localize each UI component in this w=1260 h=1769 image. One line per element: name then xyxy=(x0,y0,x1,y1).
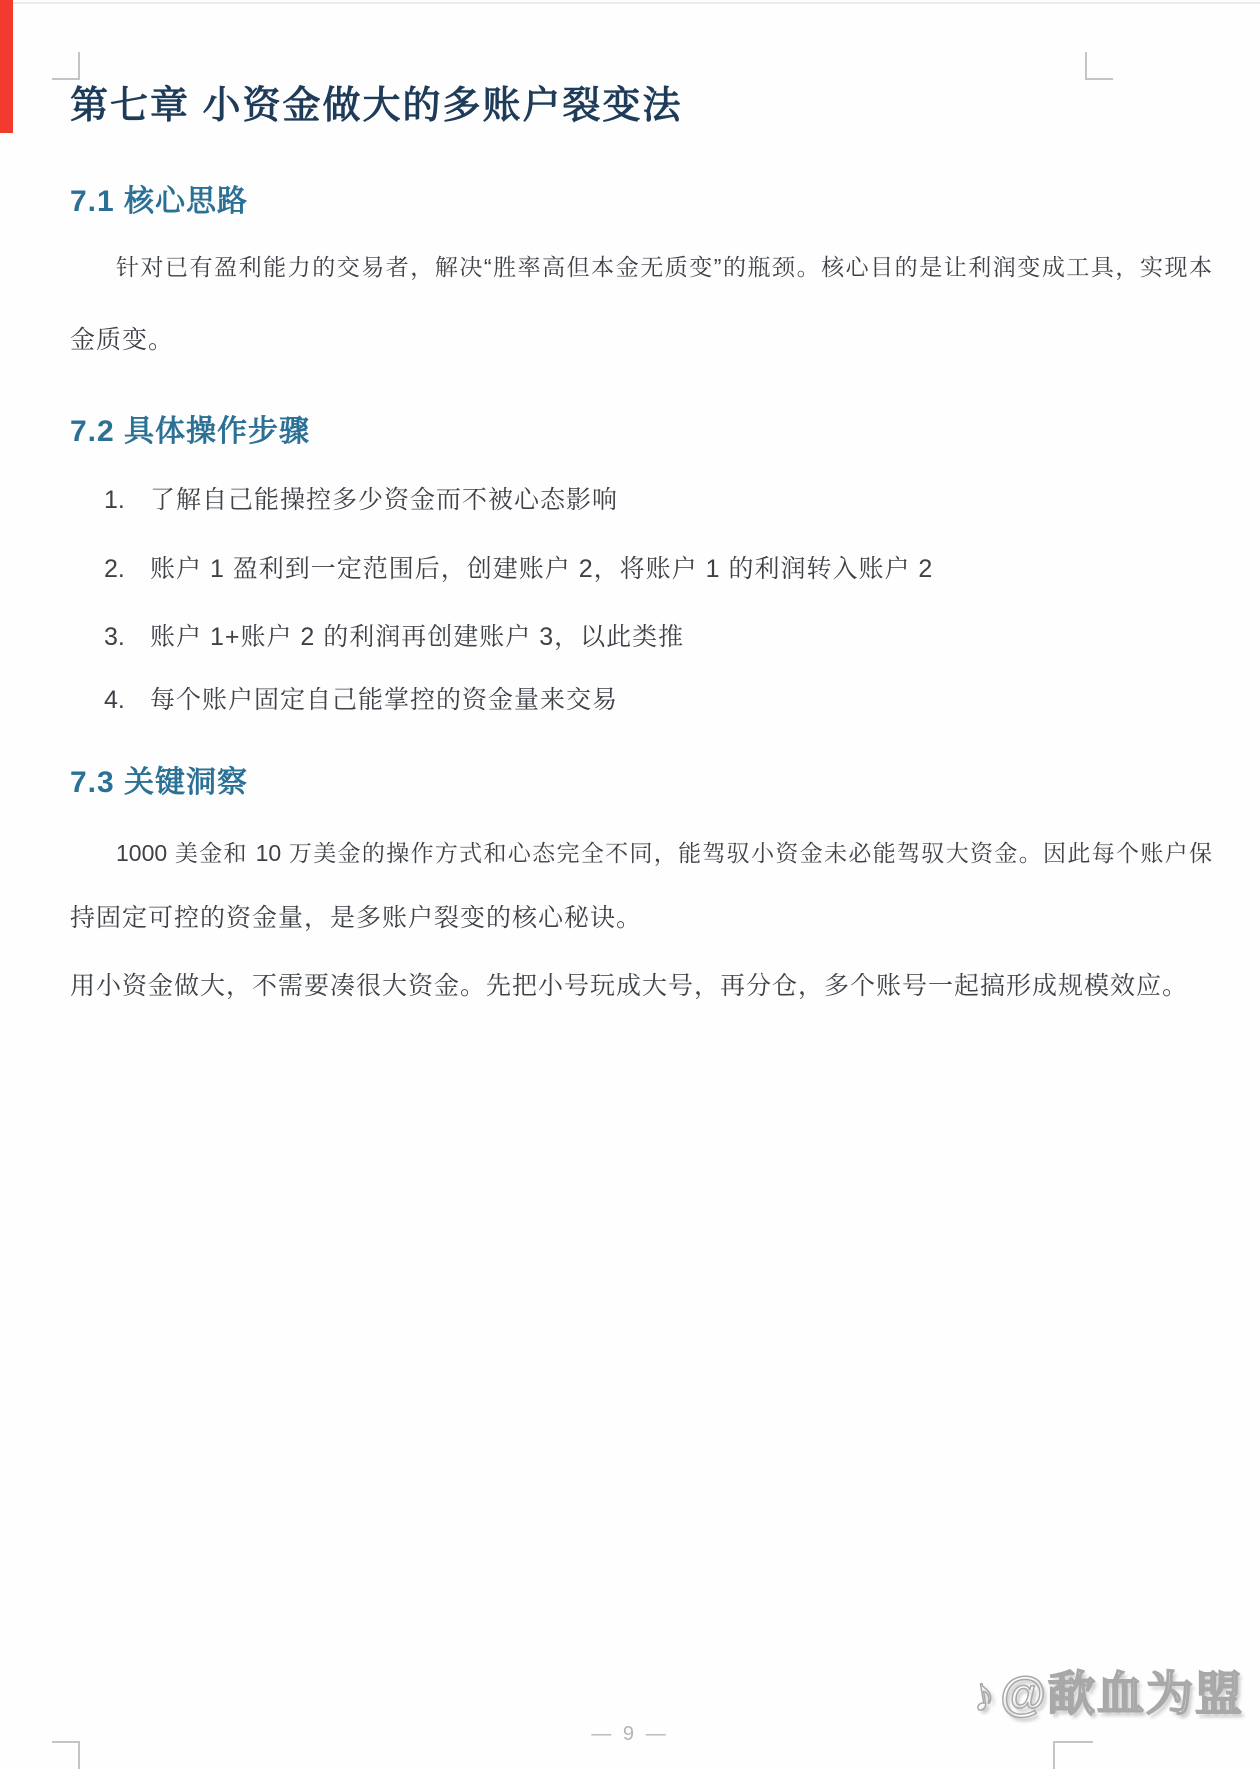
document-page: 第七章 小资金做大的多账户裂变法 7.1 核心思路 针对已有盈利能力的交易者，解… xyxy=(0,0,1260,1769)
section-heading-7-2: 7.2 具体操作步骤 xyxy=(70,414,310,450)
paragraph-7-1-line-1: 针对已有盈利能力的交易者，解决“胜率高但本金无质变”的瓶颈。核心目的是让利润变成… xyxy=(70,251,1212,283)
list-item-2-number: 2. xyxy=(104,553,132,585)
top-border-line xyxy=(0,2,1260,4)
watermark-text: @歃血为盟 xyxy=(1000,1667,1244,1720)
list-item-1-number: 1. xyxy=(104,484,132,516)
music-note-logo-icon: ♪ xyxy=(966,1664,1001,1724)
page-number: — 9 — xyxy=(0,1722,1260,1746)
list-item-4-text: 每个账户固定自己能掌控的资金量来交易 xyxy=(150,684,618,716)
chapter-title: 第七章 小资金做大的多账户裂变法 xyxy=(70,84,1220,128)
list-item-4: 4. 每个账户固定自己能掌控的资金量来交易 xyxy=(104,684,618,716)
list-item-2-text: 账户 1 盈利到一定范围后，创建账户 2，将账户 1 的利润转入账户 2 xyxy=(150,553,933,585)
paragraph-7-3a-line-2: 持固定可控的资金量，是多账户裂变的核心秘诀。 xyxy=(70,902,1212,934)
list-item-3-text: 账户 1+账户 2 的利润再创建账户 3，以此类推 xyxy=(150,621,684,653)
list-item-4-number: 4. xyxy=(104,684,132,716)
paragraph-7-3a-line-1: 1000 美金和 10 万美金的操作方式和心态完全不同，能驾驭小资金未必能驾驭大… xyxy=(70,837,1212,869)
section-heading-7-3: 7.3 关键洞察 xyxy=(70,765,248,801)
list-item-1-text: 了解自己能操控多少资金而不被心态影响 xyxy=(150,484,618,516)
crop-mark-top-right xyxy=(1085,52,1113,80)
section-heading-7-1: 7.1 核心思路 xyxy=(70,184,248,220)
crop-mark-top-left xyxy=(52,52,80,80)
list-item-1: 1. 了解自己能操控多少资金而不被心态影响 xyxy=(104,484,618,516)
list-item-2: 2. 账户 1 盈利到一定范围后，创建账户 2，将账户 1 的利润转入账户 2 xyxy=(104,553,933,585)
red-edge-stripe xyxy=(0,0,13,133)
watermark: ♪@歃血为盟 xyxy=(971,1666,1244,1722)
paragraph-7-1-line-2: 金质变。 xyxy=(70,324,1212,356)
list-item-3: 3. 账户 1+账户 2 的利润再创建账户 3，以此类推 xyxy=(104,621,684,653)
list-item-3-number: 3. xyxy=(104,621,132,653)
paragraph-7-3b: 用小资金做大，不需要凑很大资金。先把小号玩成大号，再分仓，多个账号一起搞形成规模… xyxy=(70,970,1212,1002)
